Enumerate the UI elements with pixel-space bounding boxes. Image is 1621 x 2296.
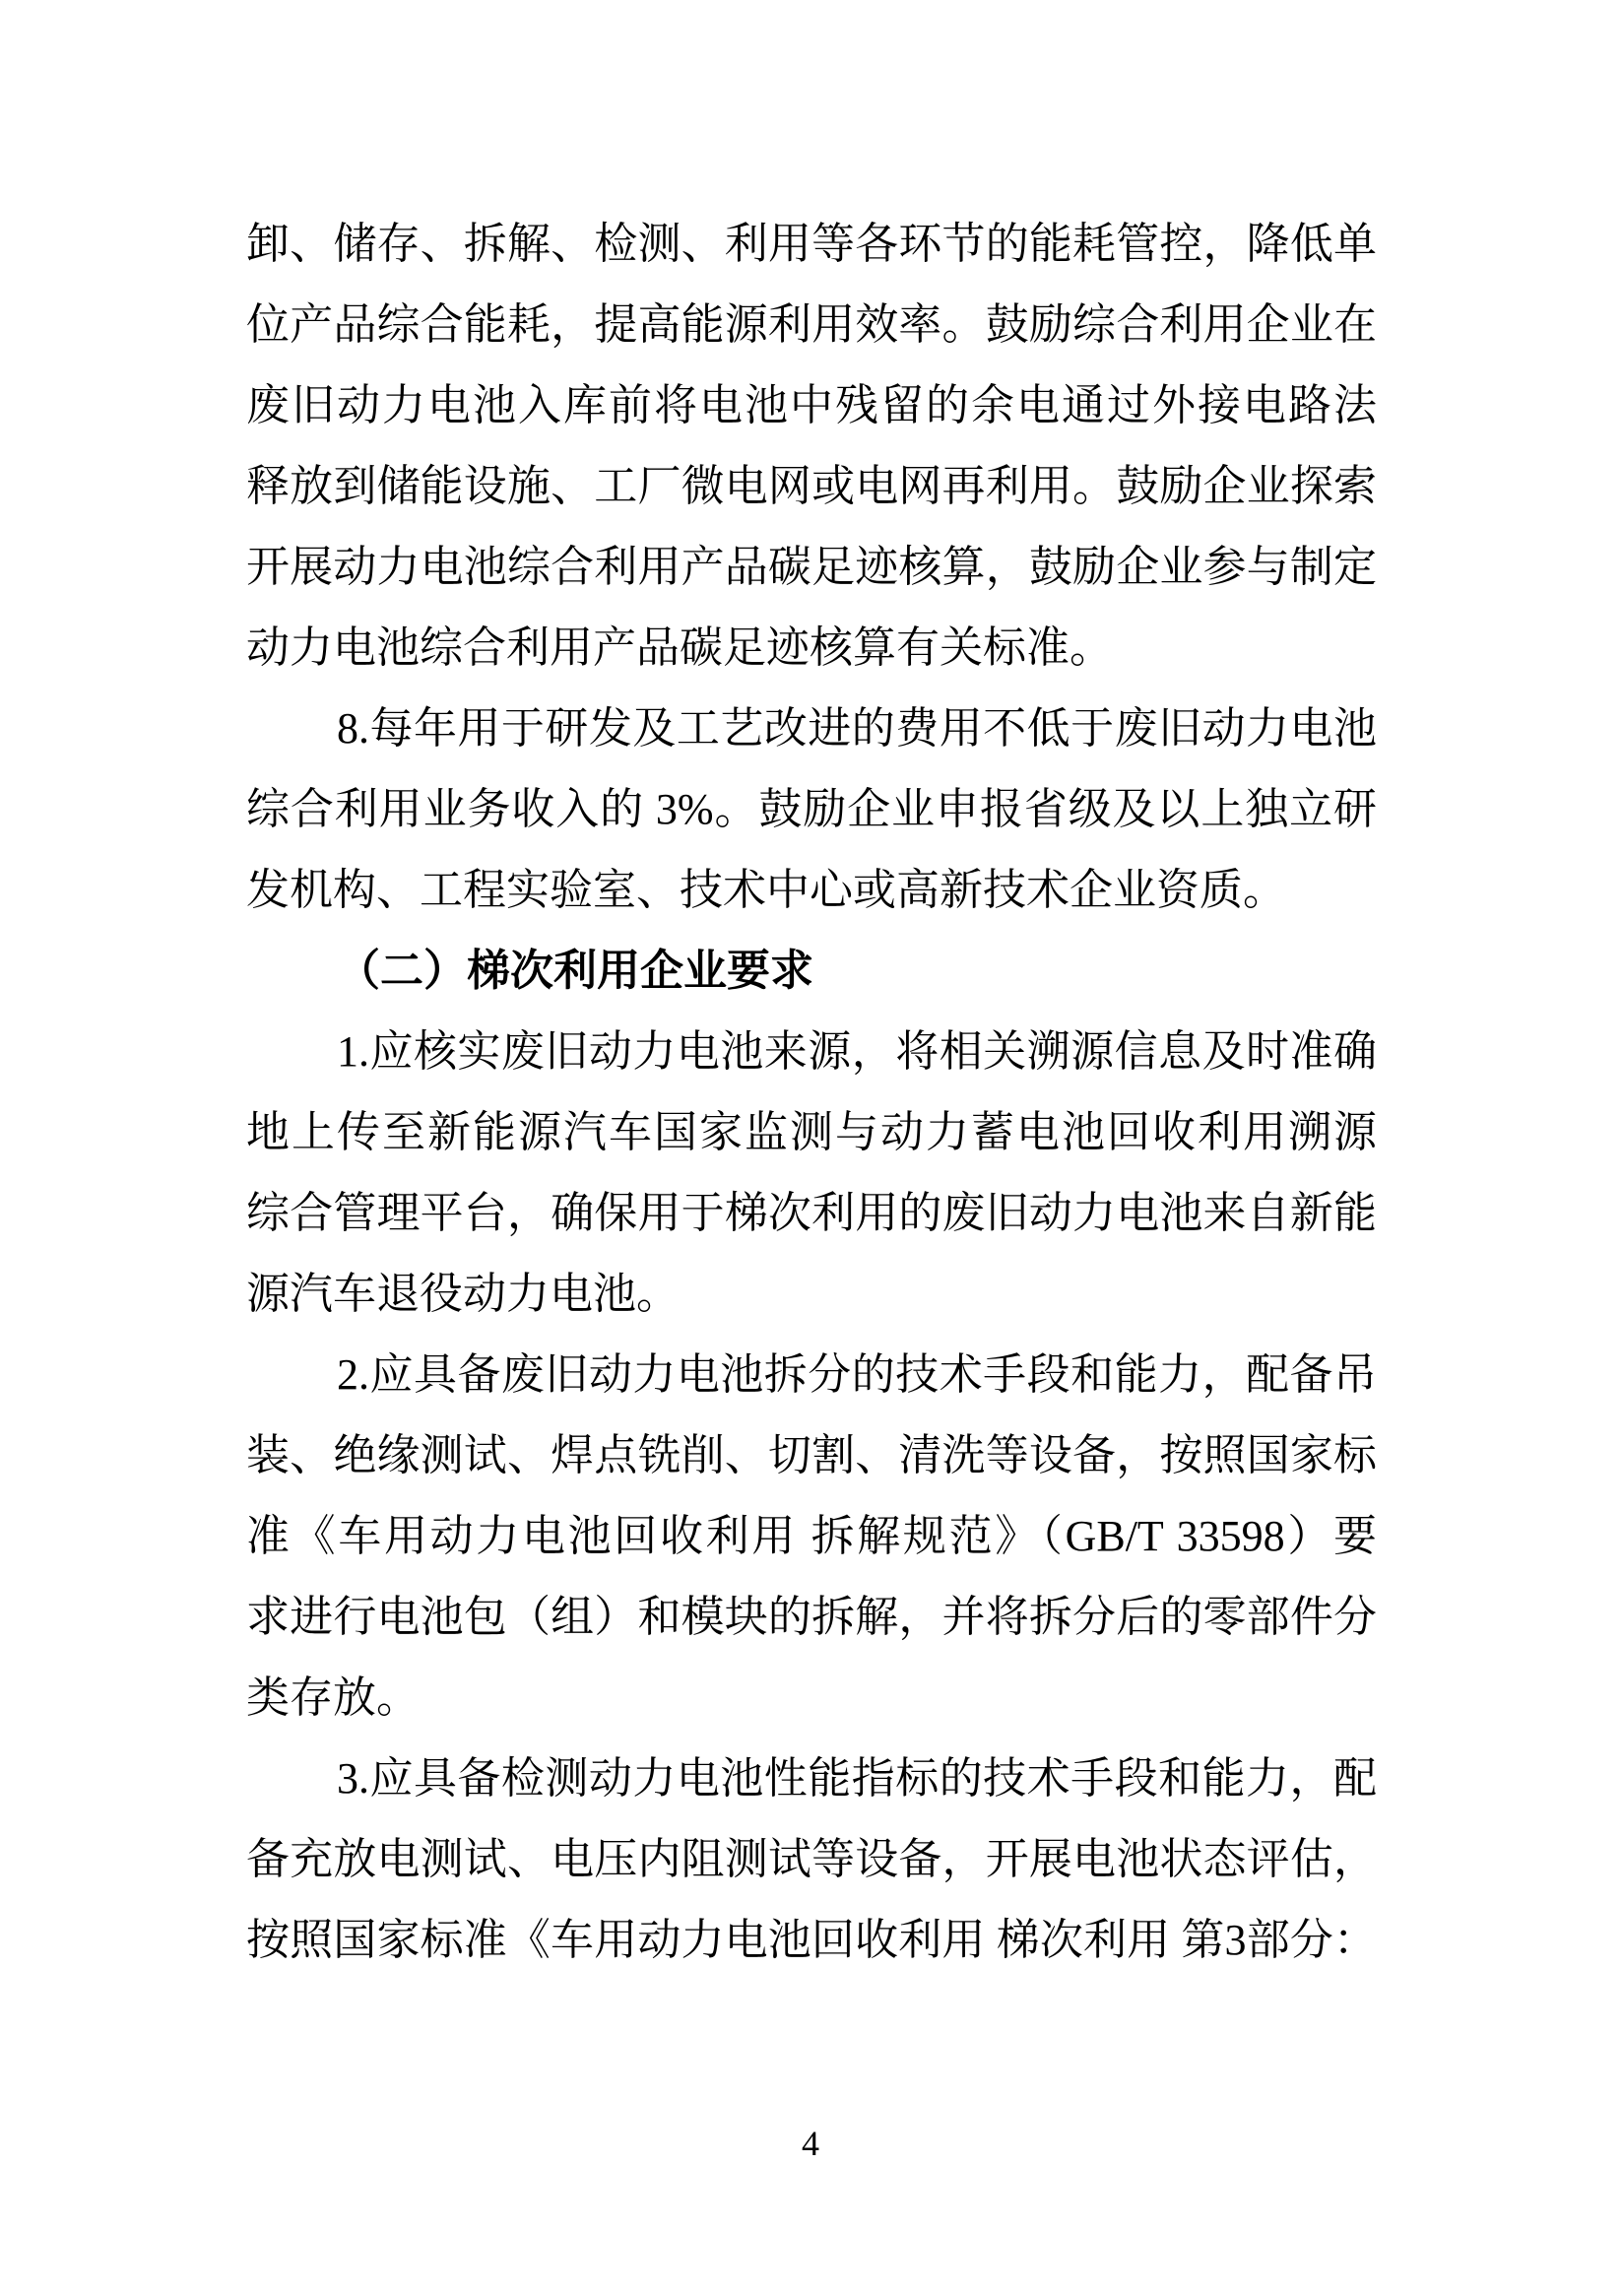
text-line: 位产品综合能耗，提高能源利用效率。鼓励综合利用企业在: [246, 285, 1377, 365]
text-line: 卸、储存、拆解、检测、利用等各环节的能耗管控，降低单: [246, 204, 1377, 285]
text-line: 8.每年用于研发及工艺改进的费用不低于废旧动力电池: [246, 689, 1377, 769]
text-line: 源汽车退役动力电池。: [246, 1254, 1377, 1335]
text-line: 开展动力电池综合利用产品碳足迹核算，鼓励企业参与制定: [246, 527, 1377, 608]
text-line: 装、绝缘测试、焊点铣削、切割、清洗等设备，按照国家标: [246, 1415, 1377, 1496]
page-number: 4: [802, 2124, 819, 2163]
text-line: 地上传至新能源汽车国家监测与动力蓄电池回收利用溯源: [246, 1092, 1377, 1173]
text-line: 3.应具备检测动力电池性能指标的技术手段和能力，配: [246, 1738, 1377, 1819]
text-line: 废旧动力电池入库前将电池中残留的余电通过外接电路法: [246, 365, 1377, 446]
document-body: 卸、储存、拆解、检测、利用等各环节的能耗管控，降低单位产品综合能耗，提高能源利用…: [246, 204, 1377, 1981]
text-line: 备充放电测试、电压内阻测试等设备，开展电池状态评估，: [246, 1819, 1377, 1900]
text-line: 2.应具备废旧动力电池拆分的技术手段和能力，配备吊: [246, 1335, 1377, 1415]
text-line: 综合管理平台，确保用于梯次利用的废旧动力电池来自新能: [246, 1173, 1377, 1254]
text-line: 求进行电池包（组）和模块的拆解，并将拆分后的零部件分: [246, 1577, 1377, 1658]
text-line: 综合利用业务收入的 3%。鼓励企业申报省级及以上独立研: [246, 769, 1377, 850]
text-line: 1.应核实废旧动力电池来源，将相关溯源信息及时准确: [246, 1012, 1377, 1092]
text-line: 准《车用动力电池回收利用 拆解规范》（GB/T 33598）要: [246, 1496, 1377, 1577]
section-heading-line: （二）梯次利用企业要求: [246, 931, 1377, 1012]
page-footer: 4: [0, 2120, 1621, 2167]
text-line: 类存放。: [246, 1658, 1377, 1738]
text-line: 释放到储能设施、工厂微电网或电网再利用。鼓励企业探索: [246, 446, 1377, 527]
text-line: 发机构、工程实验室、技术中心或高新技术企业资质。: [246, 850, 1377, 931]
text-line: 按照国家标准《车用动力电池回收利用 梯次利用 第3部分：: [246, 1900, 1377, 1981]
text-line: 动力电池综合利用产品碳足迹核算有关标准。: [246, 608, 1377, 689]
